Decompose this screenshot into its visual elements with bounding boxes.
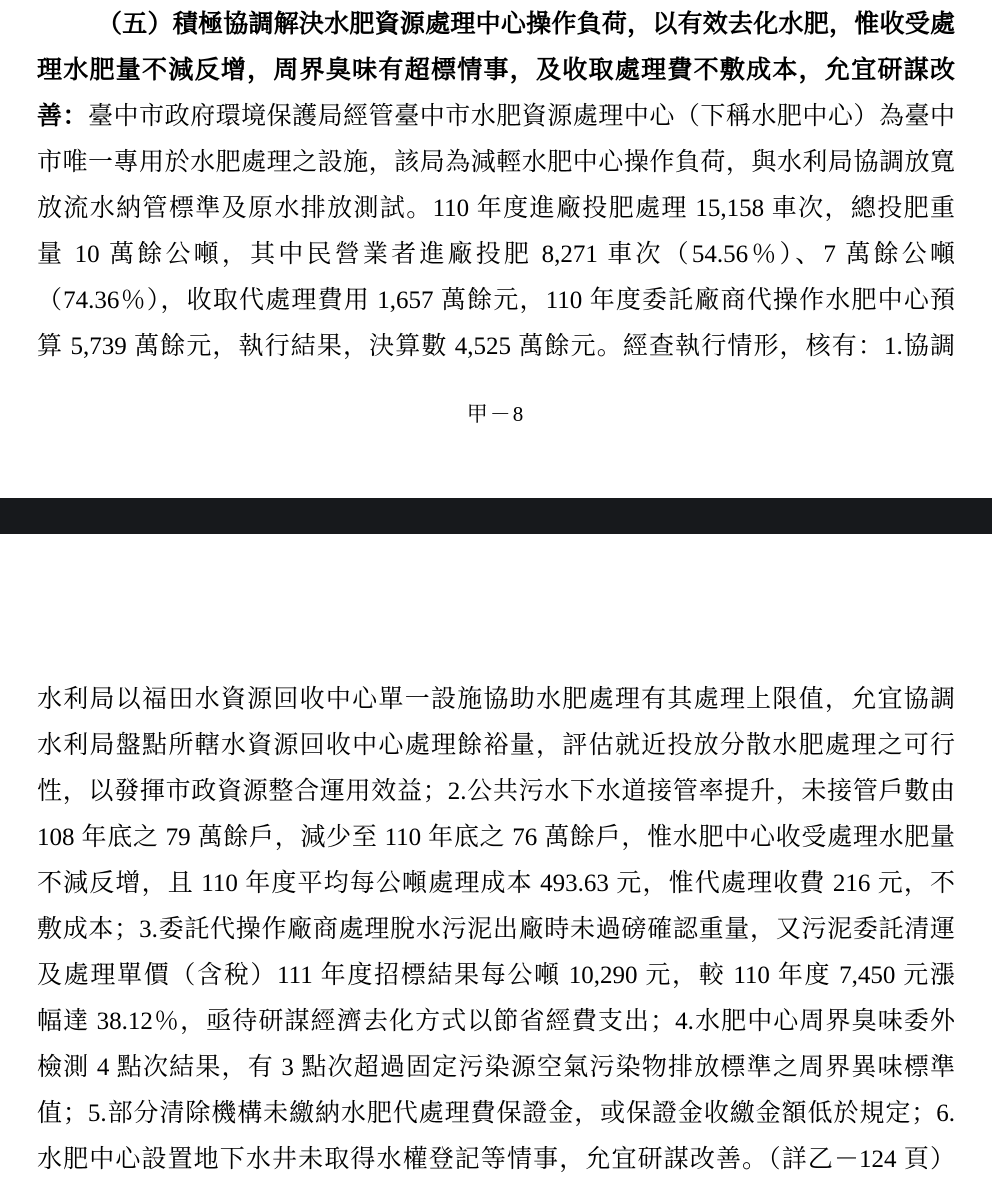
- text-line: 水肥中心設置地下水井未取得水權登記等情事，允宜研謀改善。（詳乙－124 頁）: [37, 1137, 955, 1182]
- text-line: 敷成本；3.委託代操作廠商處理脫水污泥出廠時未過磅確認重量，又污泥委託清運: [37, 907, 955, 953]
- body-text: 臺中市政府環境保護局經管臺中市水肥資源處理中心（下稱水肥中心）為臺中: [88, 103, 955, 130]
- text-line: 檢測 4 點次結果，有 3 點次超過固定污染源空氣污染物排放標準之周界異味標準: [37, 1045, 955, 1091]
- report-page-2: 水利局以福田水資源回收中心單一設施協助水肥處理有其處理上限值，允宜協調 水利局盤…: [0, 534, 992, 1182]
- page1-paragraph: （五）積極協調解決水肥資源處理中心操作負荷，以有效去化水肥，惟收受處 理水肥量不…: [37, 2, 955, 370]
- report-page-1: （五）積極協調解決水肥資源處理中心操作負荷，以有效去化水肥，惟收受處 理水肥量不…: [0, 0, 992, 498]
- text-line: 市唯一專用於水肥處理之設施，該局為減輕水肥中心操作負荷，與水利局協調放寬: [37, 140, 955, 186]
- heading-bold-text: （五）積極協調解決水肥資源處理中心操作負荷，以有效去化水肥，惟收受處: [97, 11, 955, 38]
- text-line: 算 5,739 萬餘元，執行結果，決算數 4,525 萬餘元。經查執行情形，核有…: [37, 324, 955, 370]
- text-line: 善：臺中市政府環境保護局經管臺中市水肥資源處理中心（下稱水肥中心）為臺中: [37, 94, 955, 140]
- text-line: 量 10 萬餘公噸，其中民營業者進廠投肥 8,271 車次（54.56％）、7 …: [37, 232, 955, 278]
- text-line: 理水肥量不減反增，周界臭味有超標情事，及收取處理費不敷成本，允宜研謀改: [37, 48, 955, 94]
- text-line: 108 年底之 79 萬餘戶，減少至 110 年底之 76 萬餘戶，惟水肥中心收…: [37, 815, 955, 861]
- page-divider: [0, 498, 992, 534]
- heading-bold-text: 善：: [37, 103, 88, 130]
- body-text: 算 5,739 萬餘元，執行結果，決算數 4,525 萬餘元。經查執行情形，核有…: [37, 333, 955, 360]
- page2-paragraph: 水利局以福田水資源回收中心單一設施協助水肥處理有其處理上限值，允宜協調 水利局盤…: [37, 677, 955, 1182]
- text-line: 及處理單價（含稅）111 年度招標結果每公噸 10,290 元，較 110 年度…: [37, 953, 955, 999]
- body-text: 放流水納管標準及原水排放測試。110 年度進廠投肥處理 15,158 車次，總投…: [37, 195, 955, 222]
- body-text: 市唯一專用於水肥處理之設施，該局為減輕水肥中心操作負荷，與水利局協調放寬: [37, 149, 955, 176]
- text-line: （五）積極協調解決水肥資源處理中心操作負荷，以有效去化水肥，惟收受處: [37, 2, 955, 48]
- heading-bold-text: 理水肥量不減反增，周界臭味有超標情事，及收取處理費不敷成本，允宜研謀改: [37, 57, 955, 84]
- page-number-footer: 甲－8: [37, 398, 955, 428]
- text-line: 值；5.部分清除機構未繳納水肥代處理費保證金，或保證金收繳金額低於規定；6.: [37, 1091, 955, 1137]
- text-line: 不減反增，且 110 年度平均每公噸處理成本 493.63 元，惟代處理收費 2…: [37, 861, 955, 907]
- text-line: 放流水納管標準及原水排放測試。110 年度進廠投肥處理 15,158 車次，總投…: [37, 186, 955, 232]
- text-line: 水利局盤點所轄水資源回收中心處理餘裕量，評估就近投放分散水肥處理之可行: [37, 723, 955, 769]
- body-text: 量 10 萬餘公噸，其中民營業者進廠投肥 8,271 車次（54.56％）、7 …: [37, 241, 955, 268]
- text-line: 性，以發揮市政資源整合運用效益；2.公共污水下水道接管率提升，未接管戶數由: [37, 769, 955, 815]
- text-line: 水利局以福田水資源回收中心單一設施協助水肥處理有其處理上限值，允宜協調: [37, 677, 955, 723]
- text-line: 幅達 38.12％，亟待研謀經濟去化方式以節省經費支出；4.水肥中心周界臭味委外: [37, 999, 955, 1045]
- body-text: （74.36％），收取代處理費用 1,657 萬餘元，110 年度委託廠商代操作…: [37, 287, 955, 314]
- text-line: （74.36％），收取代處理費用 1,657 萬餘元，110 年度委託廠商代操作…: [37, 278, 955, 324]
